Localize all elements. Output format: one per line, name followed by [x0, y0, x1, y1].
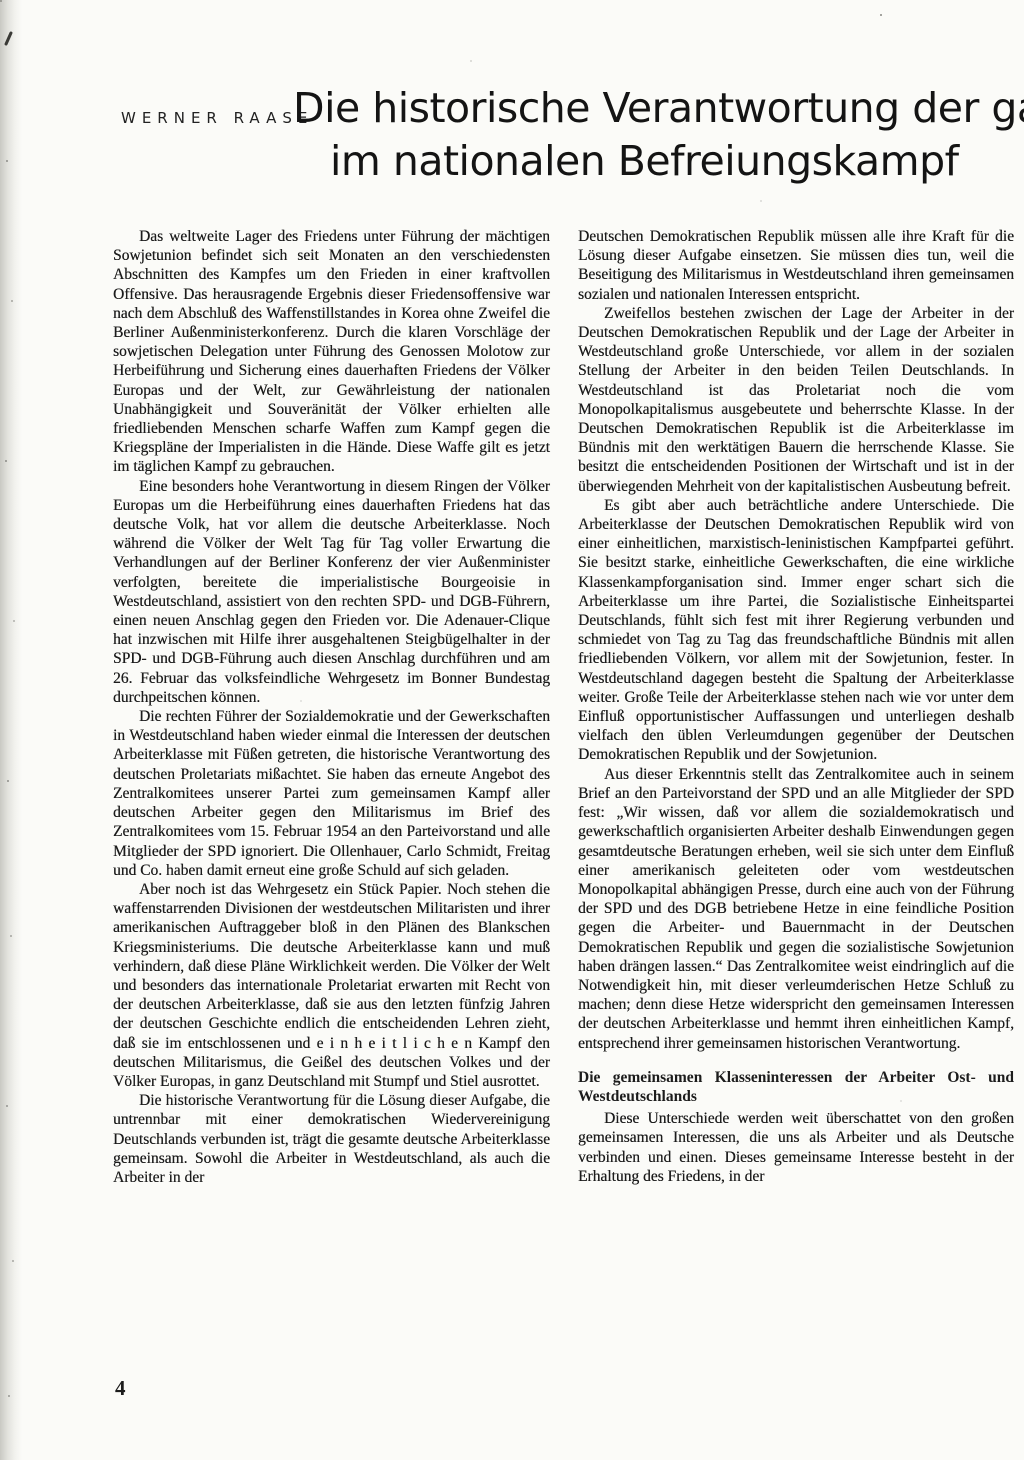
article-title-line-2: im nationalen Befreiungskampf — [330, 141, 959, 182]
body-paragraph: Die historische Verantwortung für die Lö… — [113, 1091, 550, 1187]
article-title-line-1: Die historische Verantwortung der ganze — [293, 88, 1024, 129]
body-paragraph: Die rechten Führer der Sozialdemokratie … — [113, 707, 550, 880]
page-number: 4 — [115, 1376, 126, 1401]
body-paragraph: Das weltweite Lager des Friedens unter F… — [113, 227, 550, 477]
left-text-column: Das weltweite Lager des Friedens unter F… — [113, 227, 550, 1187]
scanned-document-page: WERNER RAASE Die historische Verantwortu… — [0, 0, 1024, 1460]
body-paragraph: Aber noch ist das Wehrgesetz ein Stück P… — [113, 880, 550, 1091]
right-text-column: Deutschen Demokratischen Republik müssen… — [578, 227, 1014, 1186]
body-paragraph: Aus dieser Erkenntnis stellt das Zentral… — [578, 765, 1014, 1053]
body-paragraph: Zweifellos bestehen zwischen der Lage de… — [578, 304, 1014, 496]
body-paragraph: Diese Unterschiede werden weit überschat… — [578, 1109, 1014, 1186]
body-paragraph: Es gibt aber auch beträchtliche andere U… — [578, 496, 1014, 765]
body-paragraph: Eine besonders hohe Verantwortung in die… — [113, 477, 550, 707]
author-name: WERNER RAASE — [121, 109, 313, 127]
body-paragraph: Deutschen Demokratischen Republik müssen… — [578, 227, 1014, 304]
scan-edge-artifact — [0, 0, 22, 1460]
section-heading: Die gemeinsamen Klasseninteressen der Ar… — [578, 1068, 1014, 1106]
scan-speckles — [0, 0, 2, 2]
